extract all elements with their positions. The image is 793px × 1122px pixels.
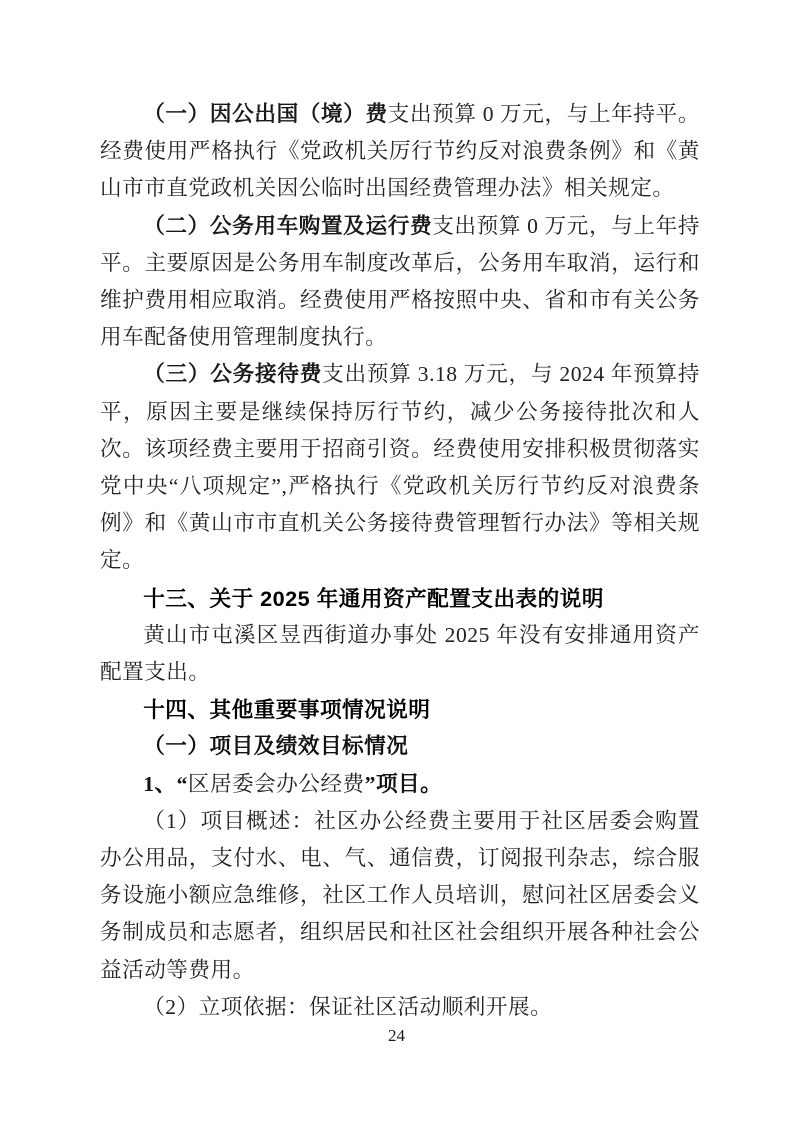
para-project-basis: （2）立项依据：保证社区活动顺利开展。	[100, 989, 700, 1026]
para-overseas-travel-expense: （一）因公出国（境）费支出预算 0 万元，与上年持平。经费使用严格执行《党政机关…	[100, 96, 700, 208]
document-body: （一）因公出国（境）费支出预算 0 万元，与上年持平。经费使用严格执行《党政机关…	[100, 96, 700, 1026]
para-official-vehicle-lead: （二）公务用车购置及运行费	[143, 214, 432, 238]
para-asset-allocation-note: 黄山市屯溪区昱西街道办事处 2025 年没有安排通用资产配置支出。	[100, 617, 700, 691]
item-1-project-name: 区居委会办公经费	[188, 772, 365, 796]
para-official-vehicle-expense: （二）公务用车购置及运行费支出预算 0 万元，与上年持平。主要原因是公务用车制度…	[100, 208, 700, 357]
heading-section-13: 十三、关于 2025 年通用资产配置支出表的说明	[100, 580, 700, 617]
para-overseas-travel-lead: （一）因公出国（境）费	[143, 102, 388, 126]
document-page: （一）因公出国（境）费支出预算 0 万元，与上年持平。经费使用严格执行《党政机关…	[0, 0, 793, 1122]
heading-section-14-sub-1: （一）项目及绩效目标情况	[100, 728, 700, 765]
para-official-reception-expense: （三）公务接待费支出预算 3.18 万元，与 2024 年预算持平，原因主要是继…	[100, 356, 700, 579]
item-1-title-tail: ”项目。	[365, 772, 443, 796]
para-official-reception-lead: （三）公务接待费	[143, 362, 322, 386]
item-1-title-lead: 1、“	[143, 772, 188, 796]
para-project-overview: （1）项目概述：社区办公经费主要用于社区居委会购置办公用品，支付水、电、气、通信…	[100, 803, 700, 989]
page-number: 24	[0, 1024, 793, 1048]
heading-section-14: 十四、其他重要事项情况说明	[100, 691, 700, 728]
item-1-project-title: 1、“区居委会办公经费”项目。	[100, 766, 700, 803]
para-official-reception-body: 支出预算 3.18 万元，与 2024 年预算持平，原因主要是继续保持厉行节约，…	[100, 362, 700, 572]
